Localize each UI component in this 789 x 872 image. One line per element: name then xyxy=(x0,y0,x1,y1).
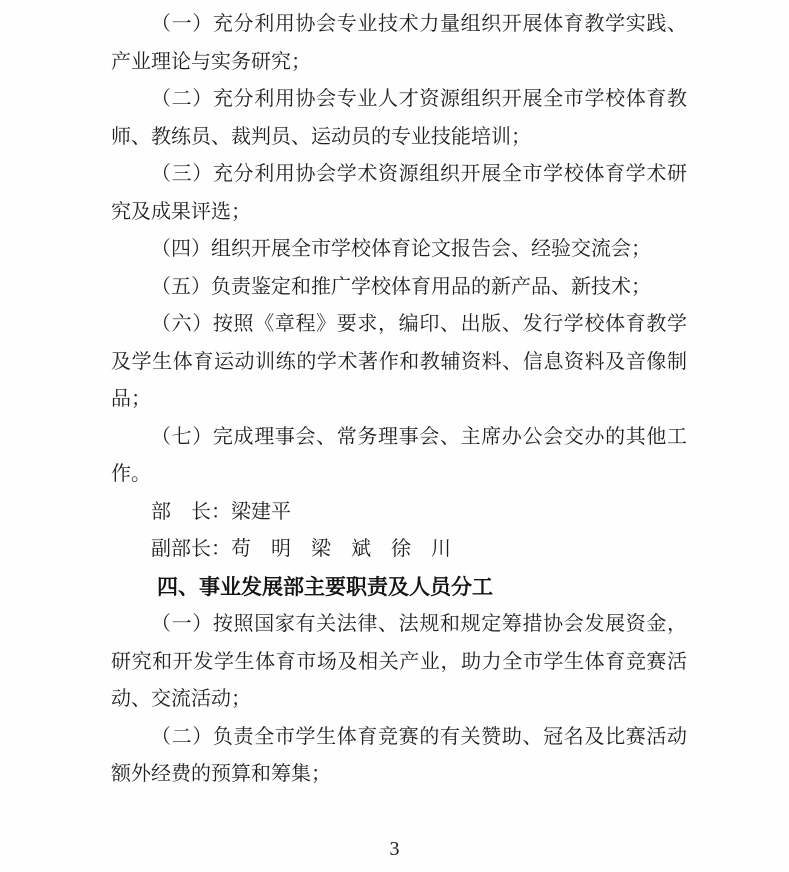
clause-item-1: （一）充分利用协会专业技术力量组织开展体育教学实践、产业理论与实务研究； xyxy=(111,6,687,81)
clause-item-7: （七）完成理事会、常务理事会、主席办公会交办的其他工作。 xyxy=(111,419,687,494)
clause-item-2: （二）充分利用协会专业人才资源组织开展全市学校体育教师、教练员、裁判员、运动员的… xyxy=(111,81,687,156)
clause-item-5: （五）负责鉴定和推广学校体育用品的新产品、新技术； xyxy=(111,269,687,307)
staff-line-director: 部 长：梁建平 xyxy=(111,494,687,532)
section-heading: 四、事业发展部主要职责及人员分工 xyxy=(111,569,687,607)
document-body: （一）充分利用协会专业技术力量组织开展体育教学实践、产业理论与实务研究； （二）… xyxy=(111,6,687,794)
clause-item-9: （二）负责全市学生体育竞赛的有关赞助、冠名及比赛活动额外经费的预算和筹集； xyxy=(111,719,687,794)
document-page: （一）充分利用协会专业技术力量组织开展体育教学实践、产业理论与实务研究； （二）… xyxy=(0,0,789,872)
staff-line-deputy-directors: 副部长：苟 明 梁 斌 徐 川 xyxy=(111,531,687,569)
page-number: 3 xyxy=(0,838,789,860)
clause-item-3: （三）充分利用协会学术资源组织开展全市学校体育学术研究及成果评选； xyxy=(111,156,687,231)
clause-item-6: （六）按照《章程》要求，编印、出版、发行学校体育教学及学生体育运动训练的学术著作… xyxy=(111,306,687,419)
clause-item-8: （一）按照国家有关法律、法规和规定筹措协会发展资金，研究和开发学生体育市场及相关… xyxy=(111,606,687,719)
clause-item-4: （四）组织开展全市学校体育论文报告会、经验交流会； xyxy=(111,231,687,269)
